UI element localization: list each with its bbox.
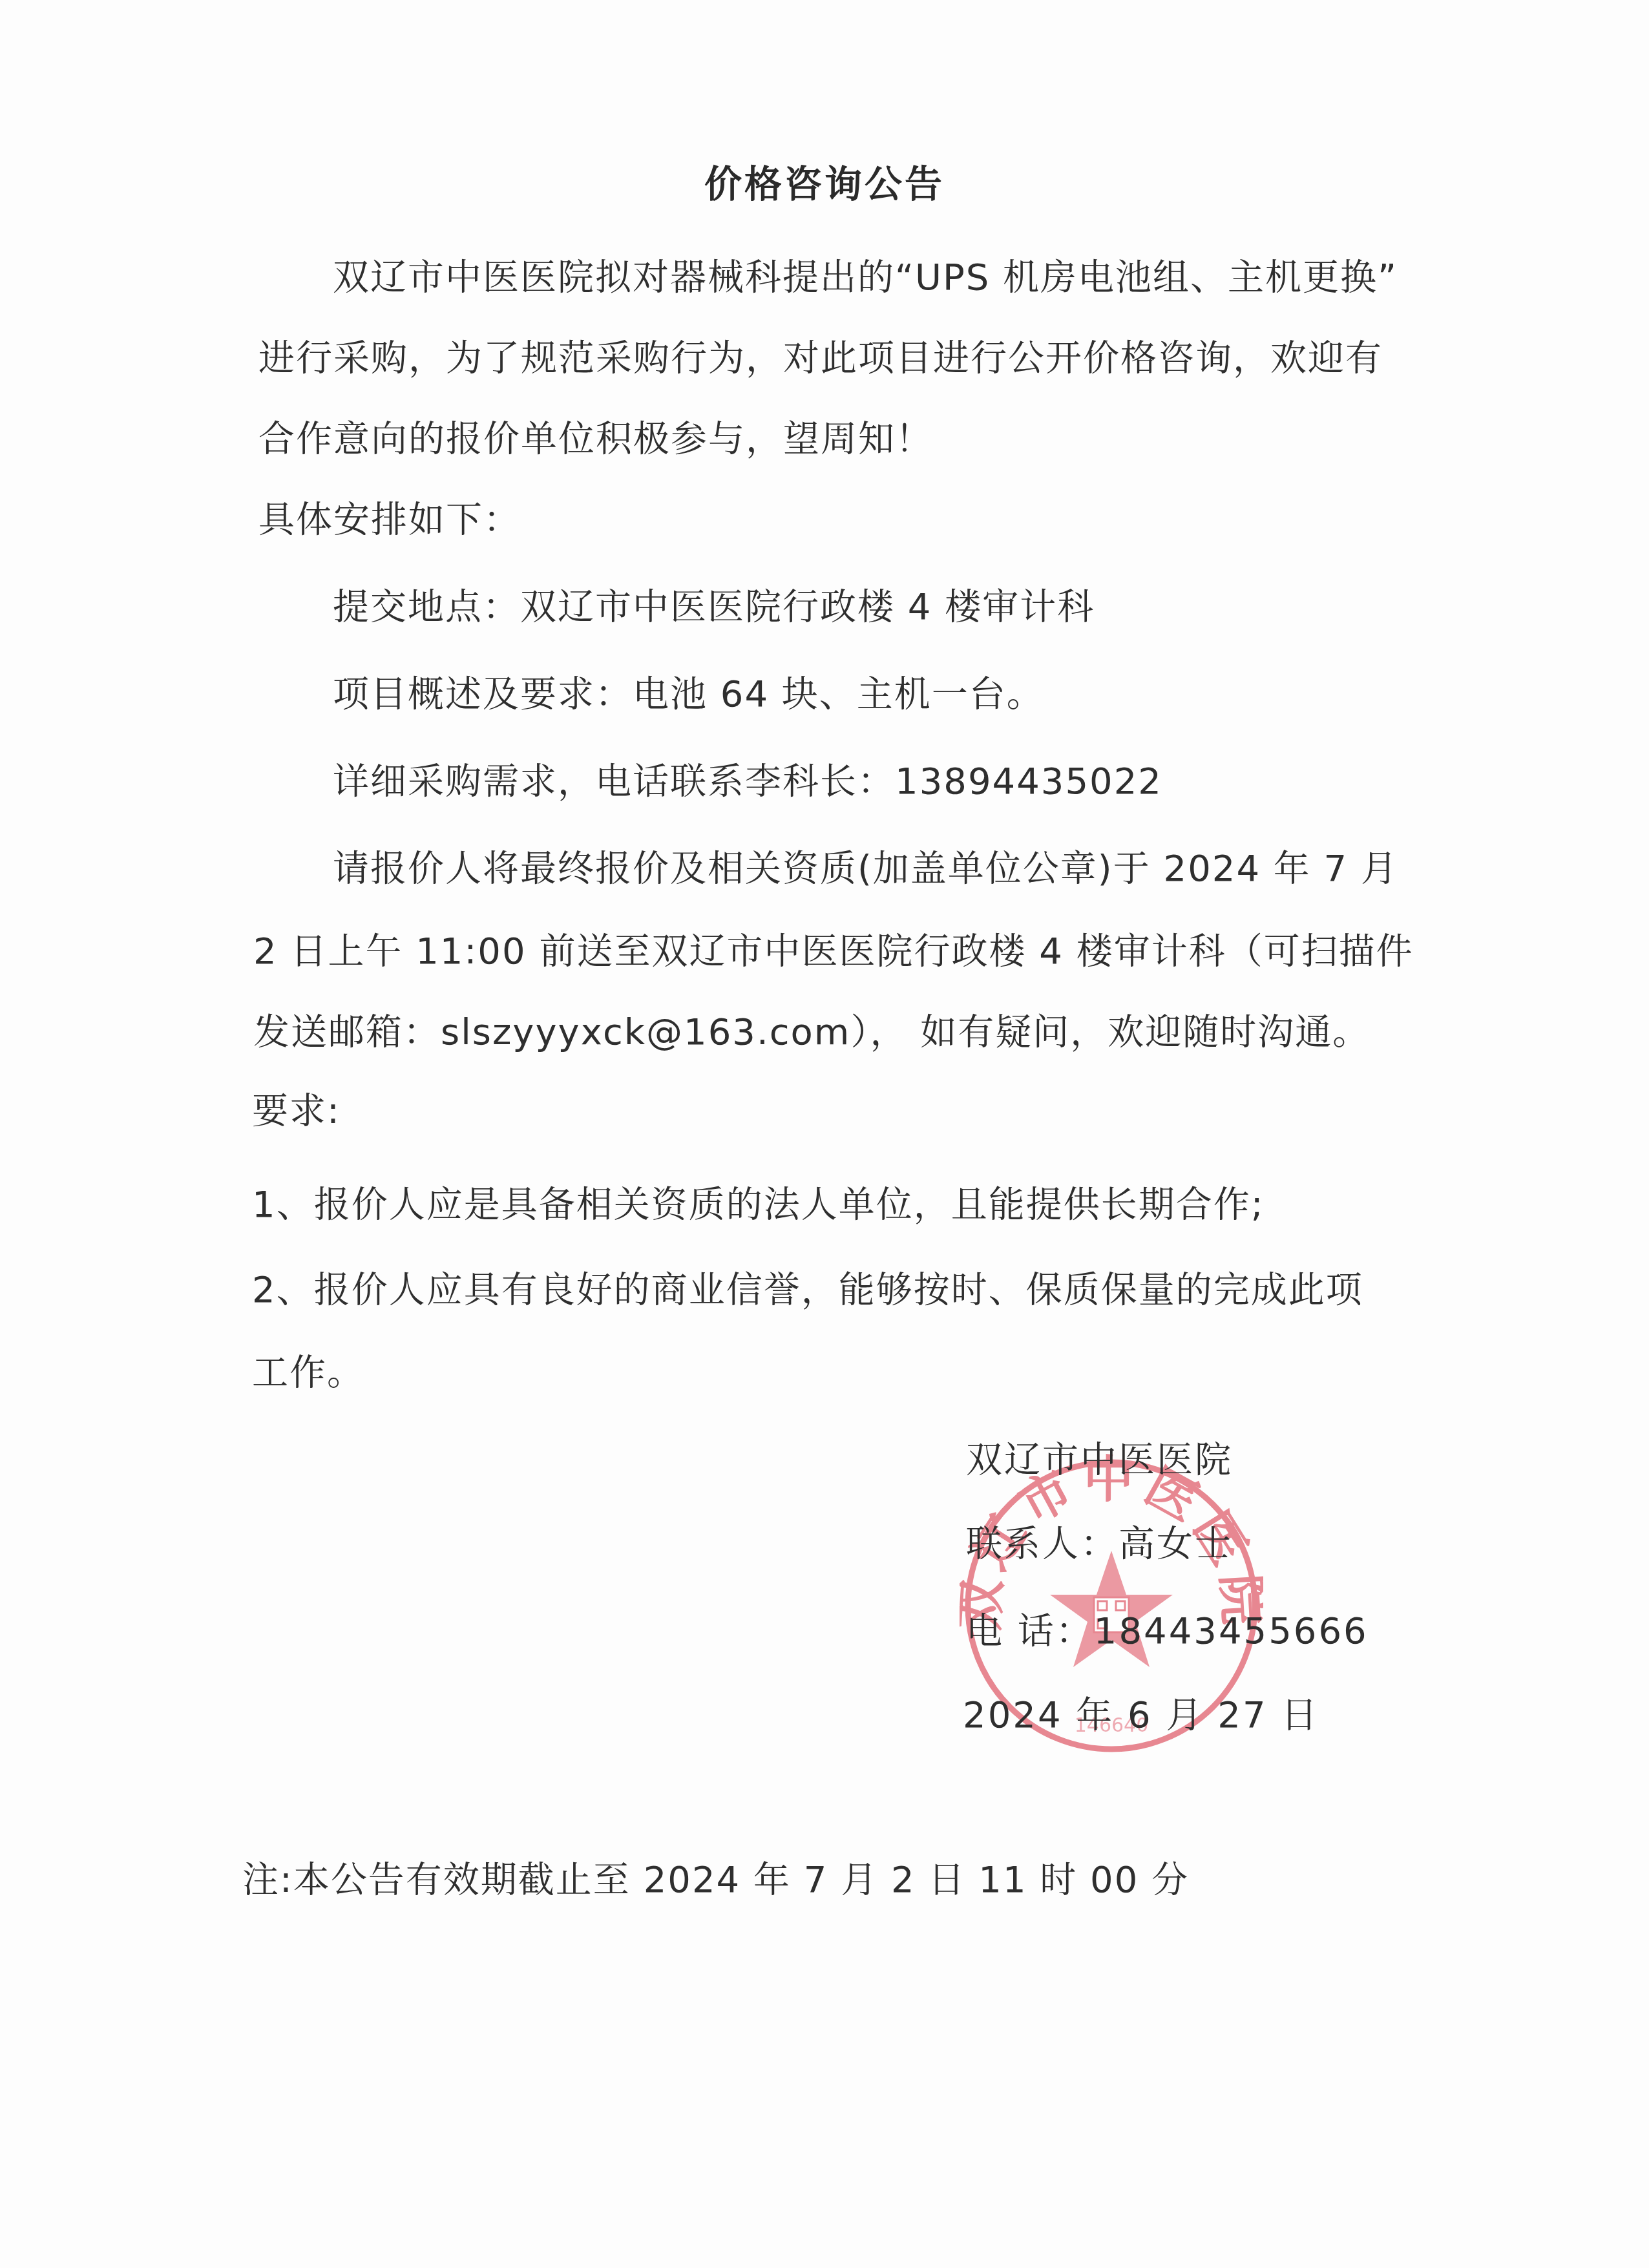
requirements-heading: 要求:	[252, 1082, 341, 1134]
signature-organization: 双辽市中医医院	[966, 1431, 1233, 1483]
requirement-item-1: 1、报价人应是具备相关资质的法人单位，且能提供长期合作;	[252, 1176, 1265, 1228]
intro-line-2: 进行采购，为了规范采购行为，对此项目进行公开价格咨询，欢迎有	[258, 330, 1383, 381]
requirement-item-2-continued: 工作。	[252, 1344, 364, 1396]
scanned-document-page: 价格咨询公告 双辽市中医医院拟对器械科提出的“UPS 机房电池组、主机更换” 进…	[0, 0, 1649, 2268]
document-title: 价格咨询公告	[0, 154, 1649, 208]
signature-date: 2024 年 6 月 27 日	[963, 1686, 1319, 1738]
contact-detail: 详细采购需求，电话联系李科长：13894435022	[333, 753, 1162, 804]
submit-location: 提交地点：双辽市中医医院行政楼 4 楼审计科	[333, 578, 1095, 630]
signature-contact-person: 联系人：高女士	[966, 1515, 1233, 1567]
validity-footnote: 注:本公告有效期截止至 2024 年 7 月 2 日 11 时 00 分	[242, 1851, 1189, 1903]
requirement-item-2: 2、报价人应具有良好的商业信誉，能够按时、保质保量的完成此项	[252, 1261, 1363, 1313]
intro-line-3: 合作意向的报价单位积极参与，望周知！	[258, 410, 933, 462]
submission-line-1: 请报价人将最终报价及相关资质(加盖单位公章)于 2024 年 7 月	[333, 840, 1398, 892]
signature-phone: 电 话：18443455666	[966, 1602, 1369, 1654]
submission-line-2: 2 日上午 11:00 前送至双辽市中医医院行政楼 4 楼审计科（可扫描件	[253, 923, 1414, 974]
arrangement-heading: 具体安排如下：	[258, 491, 521, 543]
intro-line-1: 双辽市中医医院拟对器械科提出的“UPS 机房电池组、主机更换”	[333, 249, 1398, 300]
submission-line-3: 发送邮箱：slszyyyxck@163.com）， 如有疑问，欢迎随时沟通。	[253, 1003, 1370, 1055]
project-overview: 项目概述及要求：电池 64 块、主机一台。	[333, 666, 1044, 717]
